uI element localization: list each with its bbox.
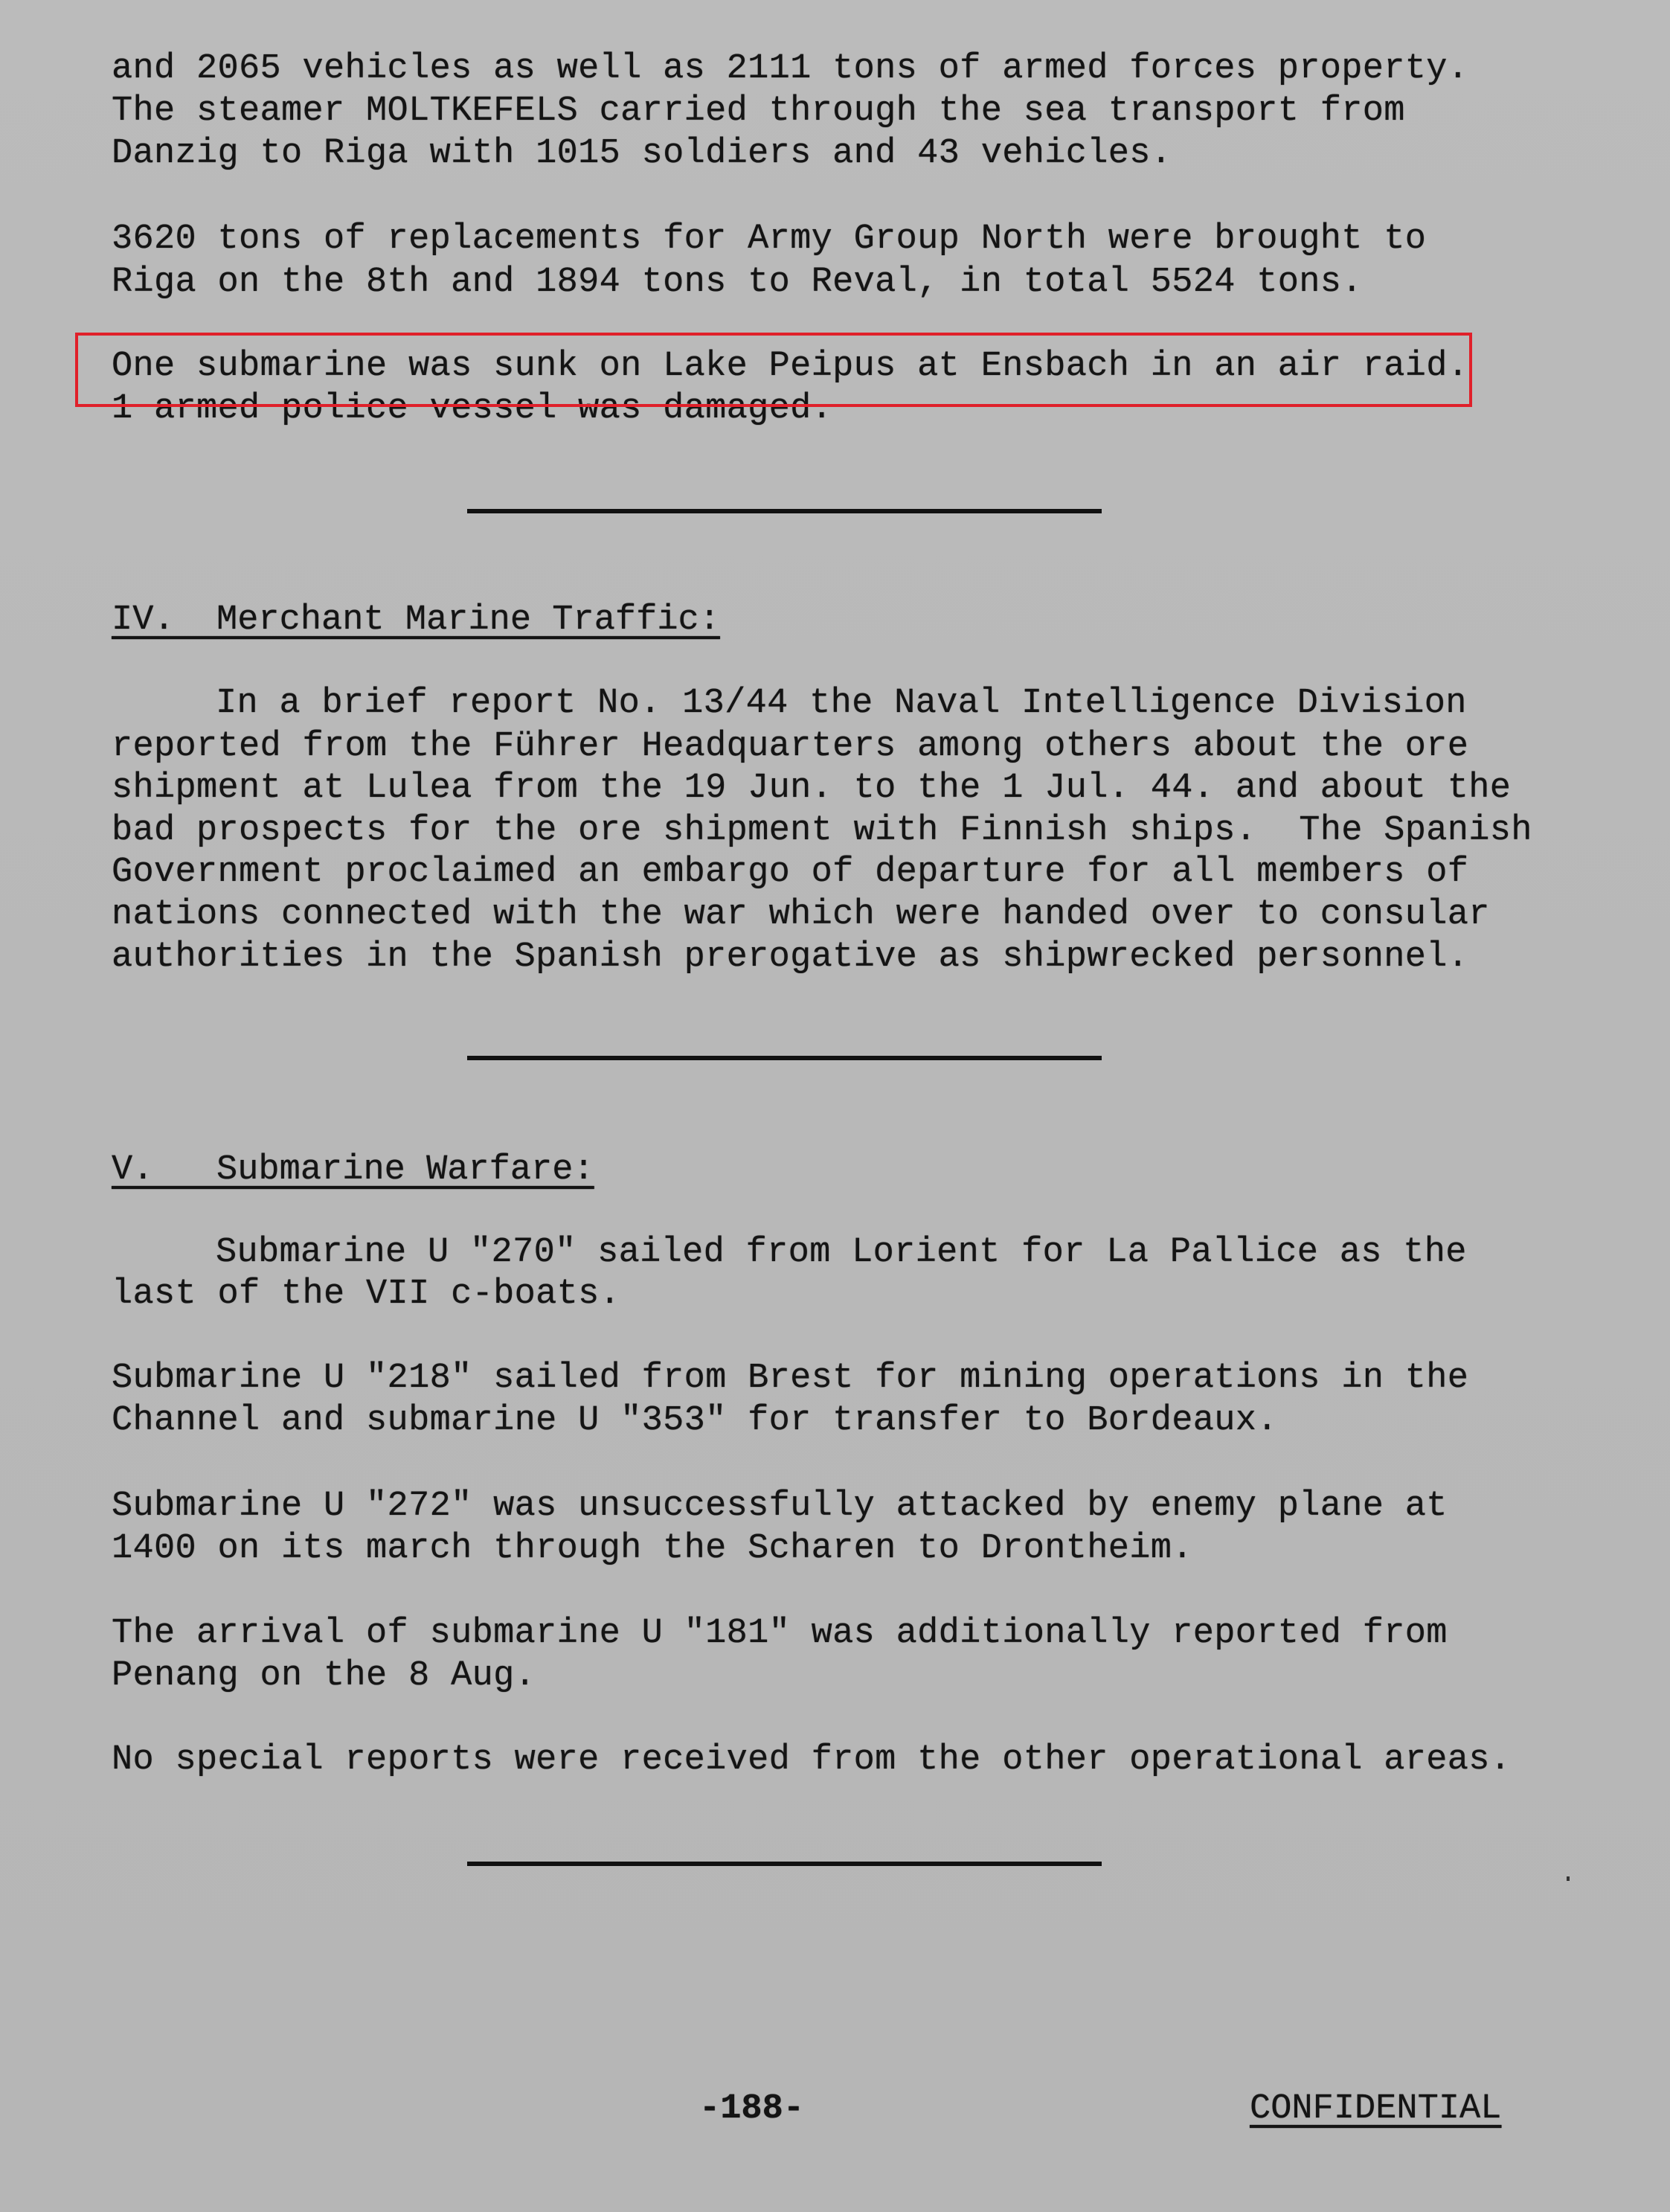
- text-line: Riga on the 8th and 1894 tons to Reval, …: [112, 261, 1363, 304]
- section-divider: [467, 1056, 1102, 1060]
- text-line: nations connected with the war which wer…: [112, 894, 1490, 936]
- text-line: Submarine U "272" was unsuccessfully att…: [112, 1485, 1448, 1527]
- section-divider: [467, 1862, 1102, 1866]
- text-line: shipment at Lulea from the 19 Jun. to th…: [112, 767, 1511, 810]
- section-heading-v: V. Submarine Warfare:: [112, 1149, 594, 1191]
- text-line: reported from the Führer Headquarters am…: [112, 725, 1468, 768]
- text-line: authorities in the Spanish prerogative a…: [112, 936, 1468, 978]
- text-line: 3620 tons of replacements for Army Group…: [112, 218, 1426, 260]
- text-line: Danzig to Riga with 1015 soldiers and 43…: [112, 132, 1172, 175]
- text-line: The arrival of submarine U "181" was add…: [112, 1612, 1448, 1655]
- text-line: bad prospects for the ore shipment with …: [112, 810, 1532, 852]
- document-page: and 2065 vehicles as well as 2111 tons o…: [0, 0, 1670, 2212]
- section-divider: [467, 509, 1102, 513]
- text-line: Government proclaimed an embargo of depa…: [112, 851, 1468, 894]
- text-line: 1400 on its march through the Scharen to…: [112, 1527, 1193, 1570]
- scan-artifact: [1567, 1876, 1570, 1881]
- text-line: The steamer MOLTKEFELS carried through t…: [112, 90, 1405, 132]
- text-line: Submarine U "218" sailed from Brest for …: [112, 1357, 1468, 1400]
- text-line: In a brief report No. 13/44 the Naval In…: [216, 682, 1467, 725]
- page-number: -188-: [699, 2088, 804, 2130]
- classification-label: CONFIDENTIAL: [1250, 2088, 1501, 2130]
- text-line: Penang on the 8 Aug.: [112, 1655, 536, 1697]
- text-line: Channel and submarine U "353" for transf…: [112, 1400, 1278, 1442]
- text-line: last of the VII c-boats.: [112, 1273, 620, 1315]
- highlight-annotation-box: [75, 333, 1472, 407]
- text-line: and 2065 vehicles as well as 2111 tons o…: [112, 48, 1468, 90]
- text-line: Submarine U "270" sailed from Lorient fo…: [216, 1231, 1467, 1274]
- text-line: No special reports were received from th…: [112, 1739, 1511, 1781]
- section-heading-iv: IV. Merchant Marine Traffic:: [112, 599, 720, 641]
